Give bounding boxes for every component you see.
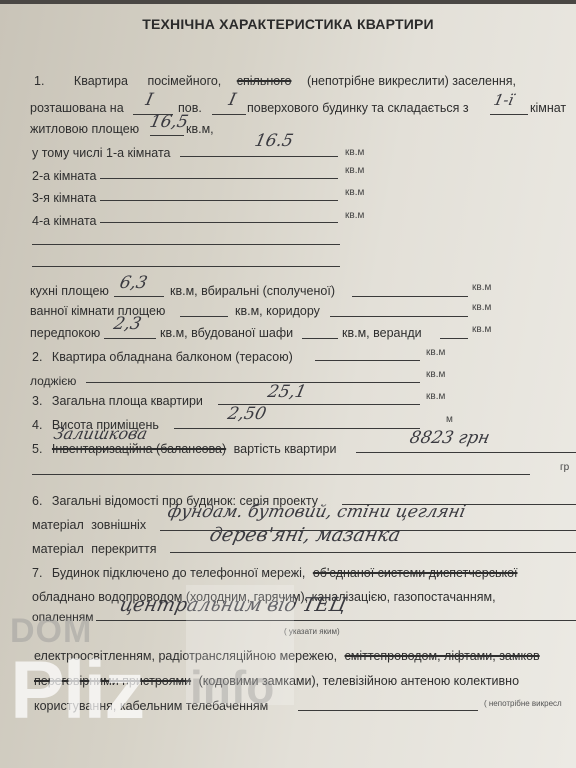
watermark-pliz: Pliz — [10, 650, 143, 732]
room-4-label: 4-а кімната — [32, 214, 97, 228]
section-number: 6. — [32, 494, 42, 508]
unit: кв.м — [345, 187, 364, 198]
section5-value: 5. Інвентаризаційна (балансова) вартість… — [32, 442, 336, 456]
text: посімейного, — [147, 74, 221, 88]
blank-line — [32, 244, 340, 245]
room-3-label: 3-я кімната — [32, 191, 96, 205]
corridor-label: кв.м, коридору — [235, 304, 320, 318]
section-number: 1. — [34, 74, 44, 88]
currency-edge: гр — [560, 462, 569, 473]
section3-total-area: 3. Загальна площа квартири — [32, 394, 203, 408]
toilet-field-line — [352, 296, 468, 297]
unit: кв.м — [426, 347, 445, 358]
hallway-field-line — [104, 338, 156, 339]
wardrobe-label: кв.м, вбудованої шафи — [160, 326, 293, 340]
height-value: 2,50 — [226, 404, 268, 424]
unit: кв.м — [345, 165, 364, 176]
section-number: 2. — [32, 350, 42, 364]
loggia-label: лоджією — [30, 374, 76, 388]
text: поверхового будинку та складається з — [247, 101, 469, 115]
blank-line — [32, 474, 530, 475]
walls-value: фундам. бутовий, стіни цегляні — [166, 502, 467, 522]
walls-label: матеріал зовнішніх — [32, 518, 146, 532]
height-field-line — [174, 428, 420, 429]
section-number: 3. — [32, 394, 42, 408]
ceiling-field-line — [170, 552, 576, 553]
rooms-value: 1-ї — [492, 91, 515, 109]
text: Загальна площа квартири — [52, 394, 203, 408]
text: розташована на — [30, 101, 124, 115]
unit: кв.м — [472, 324, 491, 335]
floors-value: I — [227, 90, 238, 110]
ceiling-label: матеріал перекриття — [32, 542, 157, 556]
unit: кв.м — [472, 282, 491, 293]
rooms-field-line — [490, 114, 528, 115]
section-number: 5. — [32, 442, 42, 456]
apartment-value: 8823 грн — [408, 428, 492, 448]
unit: кв.м — [472, 302, 491, 313]
section-number: 7. — [32, 566, 42, 580]
text: вартість квартири — [234, 442, 337, 456]
struck-text: сміттепроводом, ліфтами, замков — [345, 649, 540, 663]
struck-text: об'єднаної системи диспетчерської — [313, 566, 518, 580]
struck-text: спільного — [237, 74, 292, 88]
blank-line — [32, 266, 340, 267]
floors-field-line — [212, 114, 246, 115]
bathroom-label: ванної кімнати площею — [30, 304, 165, 318]
cable-tv-field-line — [298, 710, 478, 711]
bathroom-field-line — [180, 316, 228, 317]
unit: м — [446, 414, 453, 425]
unit: кв.м — [426, 369, 445, 380]
cable-tv-hint: ( непотрібне викресл — [484, 699, 562, 708]
living-area-value: 16,5 — [148, 112, 190, 132]
room-4-field-line — [100, 222, 338, 223]
watermark-info: info — [190, 660, 274, 714]
veranda-field-line — [440, 338, 468, 339]
heating-field-line — [96, 620, 576, 621]
total-area-value: 25,1 — [266, 382, 308, 402]
section1-line2: розташована на — [30, 101, 124, 115]
floor-value: I — [144, 90, 155, 110]
wardrobe-field-line — [302, 338, 338, 339]
veranda-label: кв.м, веранди — [342, 326, 422, 340]
residual-label-handwritten: Залишкова — [52, 424, 149, 443]
text: житловою площею — [30, 122, 139, 136]
room-1-label: у тому числі 1-а кімната — [32, 146, 171, 160]
ceiling-value: дерев'яні, мазанка — [208, 524, 403, 546]
kitchen-value: 6,3 — [118, 273, 149, 293]
text: (непотрібне викреслити) заселення, — [307, 74, 516, 88]
unit: кв.м — [345, 147, 364, 158]
kitchen-field-line — [114, 296, 164, 297]
toilet-label: кв.м, вбиральні (сполученої) — [170, 284, 335, 298]
loggia-field-line — [86, 382, 420, 383]
section1-line1: 1. Квартира посімейного, спільного (непо… — [34, 74, 516, 88]
unit: кв.м — [345, 210, 364, 221]
balcony-field-line — [315, 360, 420, 361]
unit: кв.м — [426, 391, 445, 402]
text: кв.м, — [186, 122, 214, 136]
text: Будинок підключено до телефонної мережі, — [52, 566, 305, 580]
text: Квартира обладнана балконом (терасою) — [52, 350, 293, 364]
room-1-value: 16.5 — [253, 131, 295, 151]
corridor-field-line — [330, 316, 468, 317]
section2-balcony: 2. Квартира обладнана балконом (терасою) — [32, 350, 293, 364]
struck-text: Інвентаризаційна (балансова) — [52, 442, 226, 456]
room-1-field-line — [180, 156, 338, 157]
text: Квартира — [74, 74, 128, 88]
text: кімнат — [530, 101, 566, 115]
living-area-field-line — [150, 135, 184, 136]
hallway-label: передпокою — [30, 326, 100, 340]
value-field-line — [356, 452, 576, 453]
hallway-value: 2,3 — [112, 314, 143, 334]
room-2-label: 2-а кімната — [32, 169, 97, 183]
room-3-field-line — [100, 200, 338, 201]
room-2-field-line — [100, 178, 338, 179]
section7-line1: 7. Будинок підключено до телефонної мере… — [32, 566, 518, 580]
document-title: ТЕХНІЧНА ХАРАКТЕРИСТИКА КВАРТИРИ — [0, 16, 576, 32]
section-number: 4. — [32, 418, 42, 432]
kitchen-label: кухні площею — [30, 284, 109, 298]
